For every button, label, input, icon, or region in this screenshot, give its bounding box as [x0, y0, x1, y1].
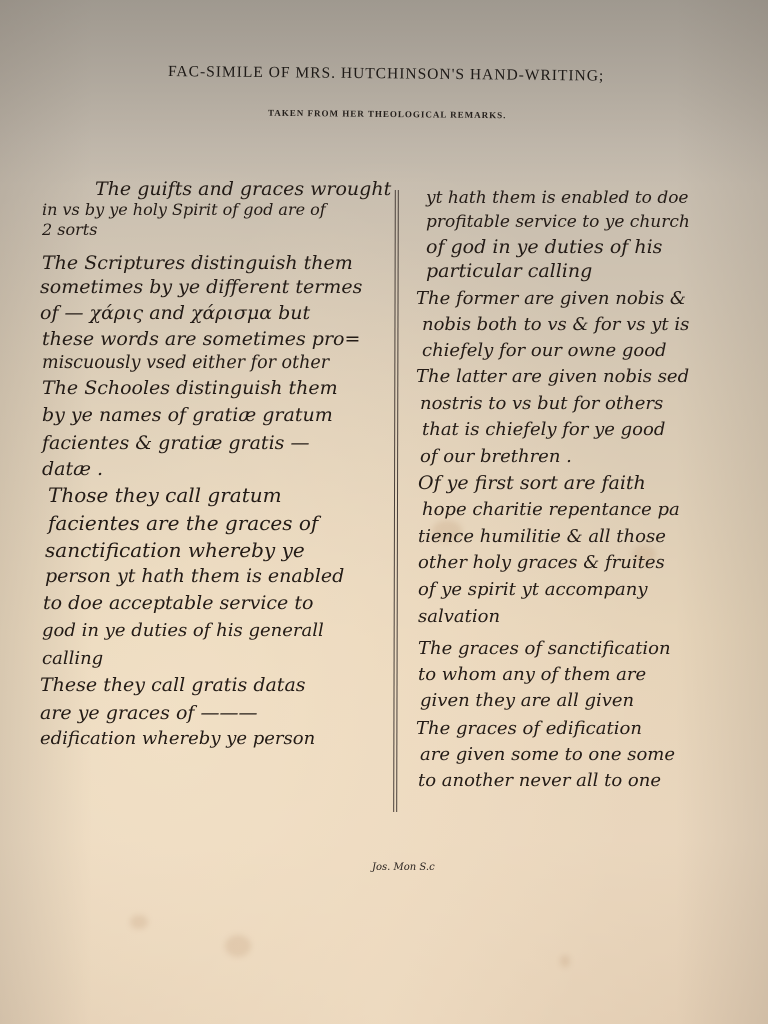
manuscript-line: given they are all given — [420, 692, 634, 710]
manuscript-line: these words are sometimes pro= — [42, 330, 360, 349]
column-divider-rule — [393, 190, 399, 812]
manuscript-line: nobis both to vs & for vs yt is — [422, 316, 689, 334]
manuscript-line: sanctification whereby ye — [45, 540, 305, 560]
manuscript-line: edification whereby ye person — [40, 730, 315, 748]
manuscript-line: to doe acceptable service to — [43, 594, 313, 613]
manuscript-line: person yt hath them is enabled — [45, 567, 344, 586]
manuscript-line: miscuously vsed either for other — [42, 355, 329, 373]
manuscript-line: datæ . — [42, 460, 103, 479]
manuscript-line: The graces of sanctification — [418, 640, 671, 658]
page-subtitle: TAKEN FROM HER THEOLOGICAL REMARKS. — [268, 108, 507, 120]
foxing-stain — [130, 915, 148, 929]
manuscript-line: tience humilitie & all those — [418, 528, 666, 546]
foxing-stain — [225, 935, 251, 957]
manuscript-line: god in ye duties of his generall — [42, 622, 324, 640]
manuscript-line: salvation — [418, 608, 500, 626]
manuscript-line: Of ye first sort are faith — [418, 474, 646, 493]
manuscript-line: are ye graces of ——— — [40, 704, 257, 723]
manuscript-line: The Scriptures distinguish them — [42, 254, 353, 273]
manuscript-line: in vs by ye holy Spirit of god are of — [42, 202, 326, 218]
manuscript-line: The latter are given nobis sed — [416, 368, 689, 386]
manuscript-line: to whom any of them are — [418, 666, 646, 684]
foxing-stain — [560, 955, 570, 967]
manuscript-line: that is chiefely for ye good — [422, 421, 665, 439]
manuscript-line: particular calling — [426, 262, 592, 281]
manuscript-line: 2 sorts — [42, 222, 97, 238]
manuscript-line: yt hath them is enabled to doe — [426, 190, 689, 207]
manuscript-line: other holy graces & fruites — [418, 554, 665, 572]
manuscript-line: to another never all to one — [418, 772, 661, 790]
manuscript-line: nostris to vs but for others — [420, 395, 663, 413]
manuscript-line: These they call gratis datas — [40, 676, 306, 695]
manuscript-line: calling — [42, 650, 103, 668]
manuscript-line: of ye spirit yt accompany — [418, 581, 648, 599]
manuscript-line: The former are given nobis & — [416, 290, 686, 308]
manuscript-line: sometimes by ye different termes — [40, 278, 362, 297]
manuscript-line: are given some to one some — [420, 746, 675, 764]
manuscript-line: of our brethren . — [420, 448, 572, 466]
manuscript-line: of — χάρις and χάρισμα but — [40, 304, 310, 323]
manuscript-line: The graces of edification — [416, 720, 642, 738]
manuscript-line: hope charitie repentance pa — [422, 501, 680, 519]
page-title: FAC-SIMILE OF MRS. HUTCHINSON'S HAND-WRI… — [168, 63, 668, 86]
manuscript-line: Those they call gratum — [48, 485, 282, 505]
manuscript-line: The guifts and graces wrought — [95, 180, 391, 199]
engraver-signature: Jos. Mon S.c — [372, 862, 435, 873]
manuscript-line: by ye names of gratiæ gratum — [42, 406, 333, 425]
manuscript-line: profitable service to ye church — [426, 214, 690, 231]
manuscript-line: of god in ye duties of his — [426, 238, 662, 257]
manuscript-line: chiefely for our owne good — [422, 342, 667, 360]
manuscript-line: The Schooles distinguish them — [42, 379, 338, 398]
manuscript-line: facientes are the graces of — [48, 513, 318, 533]
manuscript-line: facientes & gratiæ gratis — — [42, 434, 309, 453]
